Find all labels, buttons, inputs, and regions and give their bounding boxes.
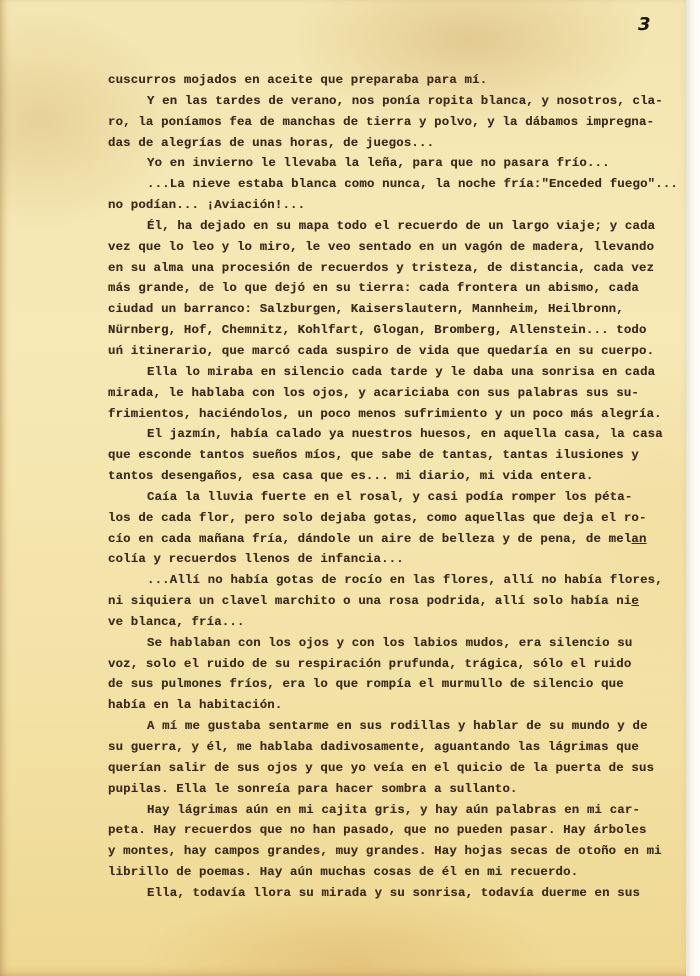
- text-line: das de alegrías de unas horas, de juegos…: [108, 133, 668, 154]
- text-line: su guerra, y él, me hablaba dadivosament…: [108, 737, 668, 758]
- text-line: los de cada flor, pero solo dejaba gotas…: [108, 508, 668, 529]
- text-line: Ella lo miraba en silencio cada tarde y …: [108, 362, 668, 383]
- text-line: colía y recuerdos llenos de infancia...: [108, 549, 668, 570]
- text-line: mirada, le hablaba con los ojos, y acari…: [108, 383, 668, 404]
- text-line: que esconde tantos sueños míos, que sabe…: [108, 445, 668, 466]
- text-line: Él, ha dejado en su mapa todo el recuerd…: [108, 216, 668, 237]
- text-line: A mí me gustaba sentarme en sus rodillas…: [108, 716, 668, 737]
- text-line: El jazmín, había calado ya nuestros hues…: [108, 424, 668, 445]
- text-line: Y en las tardes de verano, nos ponía rop…: [108, 91, 668, 112]
- text-line: librillo de poemas. Hay aún muchas cosas…: [108, 862, 668, 883]
- text-line: de sus pulmones fríos, era lo que rompía…: [108, 674, 668, 695]
- text-line: pupilas. Ella le sonreía para hacer somb…: [108, 779, 668, 800]
- text-line: Caía la lluvia fuerte en el rosal, y cas…: [108, 487, 668, 508]
- underlined-hyphenation: an: [631, 532, 646, 546]
- text-line: cuscurros mojados en aceite que preparab…: [108, 70, 668, 91]
- text-line: ciudad un barranco: Salzburgen, Kaisersl…: [108, 299, 668, 320]
- typewritten-page: 3 cuscurros mojados en aceite que prepar…: [0, 0, 686, 976]
- text-line: Nürnberg, Hof, Chemnitz, Kohlfart, Gloga…: [108, 320, 668, 341]
- text-line: ...La nieve estaba blanca como nunca, la…: [108, 174, 668, 195]
- scan-edge: [686, 0, 700, 976]
- text-line: Se hablaban con los ojos y con los labio…: [108, 633, 668, 654]
- text-line: ve blanca, fría...: [108, 612, 668, 633]
- text-line: cío en cada mañana fría, dándole un aire…: [108, 529, 668, 550]
- text-line: peta. Hay recuerdos que no han pasado, q…: [108, 820, 668, 841]
- text-line: querían salir de sus ojos y que yo veía …: [108, 758, 668, 779]
- text-line: tantos desengaños, esa casa que es... mi…: [108, 466, 668, 487]
- text-line: voz, solo el ruido de su respiración pru…: [108, 654, 668, 675]
- text-line: más grande, de lo que dejó en su tierra:…: [108, 278, 668, 299]
- text-line: vez que lo leo y lo miro, le veo sentado…: [108, 237, 668, 258]
- text-line: y montes, hay campos grandes, muy grande…: [108, 841, 668, 862]
- text-line: ni siquiera un clavel marchito o una ros…: [108, 591, 668, 612]
- text-line: Yo en invierno le llevaba la leña, para …: [108, 153, 668, 174]
- underlined-hyphenation: e: [631, 594, 639, 608]
- text-line: había en la habitación.: [108, 695, 668, 716]
- text-line: ...Allí no había gotas de rocío en las f…: [108, 570, 668, 591]
- text-line: no podían... ¡Aviación!...: [108, 195, 668, 216]
- text-line: Ella, todavía llora su mirada y su sonri…: [108, 883, 668, 904]
- text-line: en su alma una procesión de recuerdos y …: [108, 258, 668, 279]
- text-line: ro, la poníamos fea de manchas de tierra…: [108, 112, 668, 133]
- text-line: uń itinerario, que marcó cada suspiro de…: [108, 341, 668, 362]
- document-body: cuscurros mojados en aceite que preparab…: [108, 70, 668, 904]
- page-number: 3: [638, 14, 651, 35]
- text-line: frimientos, haciéndolos, un poco menos s…: [108, 404, 668, 425]
- text-line: Hay lágrimas aún en mi cajita gris, y ha…: [108, 800, 668, 821]
